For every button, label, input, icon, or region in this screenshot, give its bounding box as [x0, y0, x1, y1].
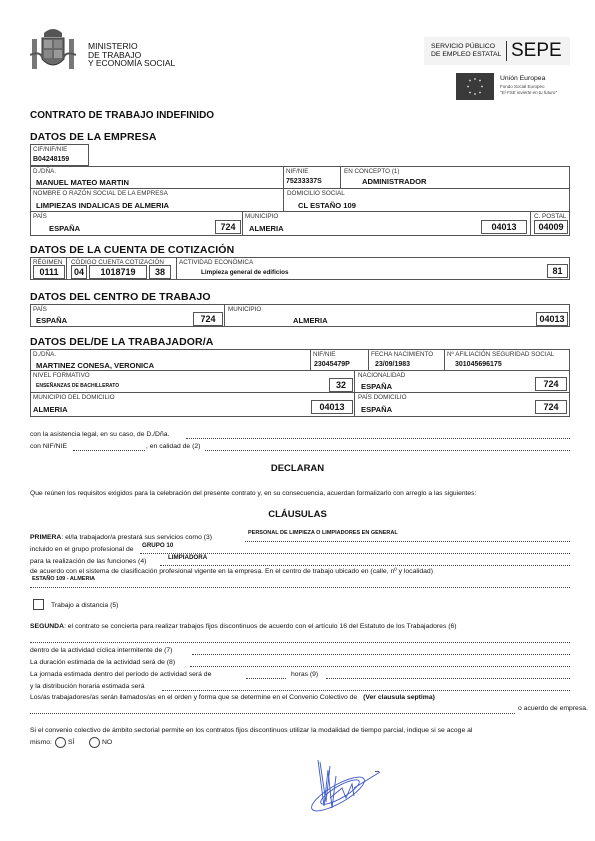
eu-title: Unión Europea: [500, 74, 557, 83]
employer-nif-field[interactable]: NIF/NIE 75233337S: [284, 167, 341, 188]
worker-name-label: D./DÑA.: [33, 351, 56, 358]
pais-field[interactable]: PAÍS ESPAÑA 724: [31, 212, 243, 235]
nivel-value: ENSEÑANZAS DE BACHILLERATO: [36, 383, 119, 389]
concepto-label: EN CONCEPTO (1): [344, 168, 400, 175]
asistencia-blank[interactable]: [186, 430, 570, 439]
distribucion-blank[interactable]: [162, 682, 570, 691]
duracion-blank[interactable]: [190, 658, 570, 667]
declaran-heading: DECLARAN: [0, 463, 595, 474]
segunda-label: SEGUNDA: [30, 623, 64, 630]
llamados-fill: (Ver clausula septima): [363, 694, 435, 701]
pais-label: PAÍS: [33, 213, 47, 220]
worker-nif-value: 23045479P: [314, 361, 350, 368]
centro-pais-value: ESPAÑA: [36, 316, 67, 325]
municipio-domicilio-code: 04013: [311, 400, 353, 414]
sepe-line: SERVICIO PÚBLICO: [431, 43, 501, 51]
centro-pais-code: 724: [193, 312, 223, 326]
actividad-label: ACTIVIDAD ECONÓMICA: [179, 259, 253, 266]
centro-municipio-field[interactable]: MUNICIPIO ALMERIA 04013: [225, 305, 570, 326]
trabajo-distancia-label: Trabajo a distancia (5): [51, 600, 118, 611]
section-empresa-heading: DATOS DE LA EMPRESA: [30, 131, 157, 143]
grupo-blank[interactable]: [140, 545, 570, 554]
sepe-line: DE EMPLEO ESTATAL: [431, 51, 501, 59]
declaran-text: Que reúnen los requisitos exigidos para …: [30, 488, 476, 499]
sepe-wordmark: SEPE: [511, 40, 562, 62]
pais-value: ESPAÑA: [49, 224, 80, 233]
nif-label: NIF/NIE: [286, 168, 308, 175]
jornada-horas-label: horas (9): [291, 669, 318, 680]
option-si-radio[interactable]: [55, 737, 66, 748]
nivel-label: NIVEL FORMATIVO: [33, 372, 90, 379]
pais-domicilio-field[interactable]: PAÍS DOMICILIO ESPAÑA 724: [355, 393, 570, 416]
signature-icon: [300, 758, 390, 818]
djdna-label: D./DÑA.: [33, 168, 56, 175]
municipio-field[interactable]: MUNICIPIO ALMERIA 04013: [243, 212, 531, 235]
nivel-code: 32: [329, 378, 353, 392]
section-cotizacion-heading: DATOS DE LA CUENTA DE COTIZACIÓN: [30, 244, 234, 256]
pais-domicilio-value: ESPAÑA: [361, 405, 392, 414]
jornada-horas-blank[interactable]: [246, 670, 286, 679]
afiliacion-value: 301045696175: [455, 361, 502, 368]
centro-municipio-code: 04013: [536, 312, 568, 326]
concepto-field[interactable]: EN CONCEPTO (1) ADMINISTRADOR: [342, 167, 570, 188]
eu-flag-icon: [456, 73, 494, 100]
option-si-label: SÍ: [68, 737, 74, 748]
eu-fund: Fondo Social Europeo: [500, 83, 557, 90]
asistencia-line: con la asistencia legal, en su caso, de …: [30, 429, 169, 440]
llamados-text: Los/as trabajadores/as serán llamados/as…: [30, 694, 357, 701]
cotizacion-row: RÉGIMEN 0111 CÓDIGO CUENTA COTIZACIÓN 04…: [30, 257, 570, 280]
representative-row: D./DÑA. MANUEL MATEO MARTIN NIF/NIE 7523…: [30, 166, 570, 189]
pais-domicilio-code: 724: [535, 400, 567, 414]
distribucion-text: y la distribución horaria estimada será: [30, 681, 144, 692]
worker-nif-label: NIF/NIE: [313, 351, 335, 358]
jornada-text: La jornada estimada dentro del período d…: [30, 669, 211, 680]
section-centro-heading: DATOS DEL CENTRO DE TRABAJO: [30, 291, 211, 303]
codigo-cuenta-field[interactable]: CÓDIGO CUENTA COTIZACIÓN 04 1018719 38: [69, 258, 177, 279]
centro-fill: ESTAÑO 109 - ALMERIA: [32, 576, 95, 582]
section-trabajador-heading: DATOS DEL/DE LA TRABAJADOR/A: [30, 336, 213, 348]
municipio-domicilio-field[interactable]: MUNICIPIO DEL DOMICILIO ALMERIA 04013: [31, 393, 355, 416]
coat-of-arms-icon: [30, 25, 76, 75]
concepto-value: ADMINISTRADOR: [362, 177, 427, 186]
centro-municipio-value: ALMERIA: [293, 316, 328, 325]
option-no-radio[interactable]: [89, 737, 100, 748]
primera-line: PRIMERA: el/la trabajador/a prestará sus…: [30, 532, 212, 543]
codigo-prov: 04: [71, 265, 87, 279]
pais-domicilio-label: PAÍS DOMICILIO: [358, 394, 407, 401]
djdna-field[interactable]: D./DÑA. MANUEL MATEO MARTIN: [31, 167, 284, 188]
regimen-field[interactable]: RÉGIMEN 0111: [31, 258, 67, 279]
cp-label: C. POSTAL: [534, 213, 566, 220]
cp-value: 04009: [534, 220, 568, 234]
ministry-name: MINISTERIO DE TRABAJO Y ECONOMÍA SOCIAL: [88, 42, 175, 68]
cif-label: CIF/NIF/NIE: [33, 146, 67, 153]
worker-row-1: D./DÑA. MARTINEZ CONESA, VERONICA NIF/NI…: [30, 349, 570, 371]
worker-row-3: MUNICIPIO DEL DOMICILIO ALMERIA 04013 PA…: [30, 393, 570, 417]
segunda-line: SEGUNDA: el contrato se concierta para r…: [30, 621, 457, 632]
regimen-value: 0111: [33, 265, 65, 279]
centro-pais-label: PAÍS: [33, 306, 47, 313]
centro-municipio-label: MUNICIPIO: [228, 306, 261, 313]
municipio-value: ALMERIA: [249, 224, 284, 233]
razon-label: NOMBRE O RAZÓN SOCIAL DE LA EMPRESA: [33, 190, 168, 197]
municipio-code: 04013: [481, 220, 527, 234]
primera-text: : el/la trabajador/a prestará sus servic…: [61, 534, 212, 541]
codigo-dc: 38: [149, 265, 171, 279]
municipio-domicilio-value: ALMERIA: [33, 405, 68, 414]
ciclica-text: dentro de la actividad cíclica intermite…: [30, 645, 172, 656]
razon-social-field[interactable]: NOMBRE O RAZÓN SOCIAL DE LA EMPRESA LIMP…: [31, 189, 284, 211]
document-title: CONTRATO DE TRABAJO INDEFINIDO: [30, 110, 214, 121]
funciones-blank[interactable]: [160, 557, 570, 566]
djdna-value: MANUEL MATEO MARTIN: [36, 178, 129, 187]
worker-row-2: NIVEL FORMATIVO ENSEÑANZAS DE BACHILLERA…: [30, 371, 570, 393]
domicilio-label: DOMICILIO SOCIAL: [287, 190, 345, 197]
primera-label: PRIMERA: [30, 534, 61, 541]
grupo-text: incluido en el grupo profesional de: [30, 544, 134, 555]
segunda-text: : el contrato se concierta para realizar…: [64, 623, 457, 630]
codigo-num: 1018719: [89, 265, 147, 279]
segunda-blank[interactable]: [30, 634, 570, 643]
ministry-line: Y ECONOMÍA SOCIAL: [88, 59, 175, 68]
parcial-text: Si el convenio colectivo de ámbito secto…: [30, 725, 472, 736]
cif-value: B04248159: [33, 156, 69, 163]
worker-nif-field[interactable]: NIF/NIE 23045479P: [311, 350, 369, 370]
eu-motto: "El FSE invierte en tu futuro": [500, 90, 557, 96]
funciones-fill: LIMPIADORA: [168, 554, 207, 561]
sepe-logo: SERVICIO PÚBLICO DE EMPLEO ESTATAL SEPE: [424, 37, 570, 65]
municipio-domicilio-label: MUNICIPIO DEL DOMICILIO: [33, 394, 115, 401]
worker-name-field[interactable]: D./DÑA. MARTINEZ CONESA, VERONICA: [31, 350, 311, 370]
worker-name-value: MARTINEZ CONESA, VERONICA: [36, 361, 154, 370]
acuerdo-text: o acuerdo de empresa.: [518, 703, 588, 714]
llamados-line: Los/as trabajadores/as serán llamados/as…: [30, 692, 435, 703]
nif-value: 75233337S: [286, 178, 322, 185]
domicilio-value: CL ESTAÑO 109: [298, 201, 356, 210]
centro-pais-field[interactable]: PAÍS ESPAÑA 724: [31, 305, 225, 326]
company-row: NOMBRE O RAZÓN SOCIAL DE LA EMPRESA LIMP…: [30, 189, 570, 212]
actividad-value: Limpieza general de edificios: [201, 269, 288, 276]
nacionalidad-label: NACIONALIDAD: [358, 372, 405, 379]
asistencia-nif-label: con NIF/NIE: [30, 441, 67, 452]
nacionalidad-code: 724: [535, 377, 567, 391]
pais-code: 724: [215, 220, 241, 234]
birthdate-field[interactable]: FECHA NACIMIENTO 23/09/1983: [369, 350, 445, 370]
municipio-label: MUNICIPIO: [245, 213, 278, 220]
nacionalidad-value: ESPAÑA: [361, 382, 392, 391]
trabajo-distancia-checkbox[interactable]: [33, 599, 44, 610]
birthdate-value: 23/09/1983: [375, 361, 410, 368]
asistencia-calidad-blank[interactable]: [205, 442, 570, 451]
domicilio-field[interactable]: DOMICILIO SOCIAL CL ESTAÑO 109: [285, 189, 570, 211]
jornada-blank[interactable]: [326, 670, 570, 679]
cp-field[interactable]: C. POSTAL 04009: [531, 212, 570, 235]
actividad-code: 81: [547, 264, 568, 278]
nivel-formativo-field[interactable]: NIVEL FORMATIVO ENSEÑANZAS DE BACHILLERA…: [31, 371, 355, 392]
duracion-text: La duración estimada de la actividad ser…: [30, 657, 175, 668]
asistencia-calidad-label: , en calidad de (2): [146, 441, 200, 452]
parcial-text-2: mismo:: [30, 737, 52, 748]
centro-blank[interactable]: [30, 579, 570, 588]
asistencia-nif-blank[interactable]: [73, 442, 145, 451]
grupo-fill: GRUPO 10: [142, 542, 173, 549]
primera-fill: PERSONAL DE LIMPIEZA O LIMPIADORES EN GE…: [248, 530, 398, 536]
actividad-field[interactable]: ACTIVIDAD ECONÓMICA Limpieza general de …: [177, 258, 570, 279]
birthdate-label: FECHA NACIMIENTO: [371, 351, 433, 358]
cif-field[interactable]: CIF/NIF/NIE B04248159: [30, 144, 89, 166]
clausulas-heading: CLÁUSULAS: [0, 509, 595, 520]
signature-mark: [375, 771, 379, 772]
nacionalidad-field[interactable]: NACIONALIDAD ESPAÑA 724: [355, 371, 570, 392]
afiliacion-field[interactable]: Nº AFILIACIÓN SEGURIDAD SOCIAL 301045696…: [445, 350, 570, 370]
razon-value: LIMPIEZAS INDALICAS DE ALMERIA: [36, 201, 169, 210]
location-row: PAÍS ESPAÑA 724 MUNICIPIO ALMERIA 04013 …: [30, 212, 570, 236]
centro-row: PAÍS ESPAÑA 724 MUNICIPIO ALMERIA 04013: [30, 304, 570, 327]
ciclica-blank[interactable]: [192, 646, 570, 655]
afiliacion-label: Nº AFILIACIÓN SEGURIDAD SOCIAL: [447, 351, 554, 358]
option-no-label: NO: [102, 737, 112, 748]
llamados-blank[interactable]: [30, 705, 515, 714]
